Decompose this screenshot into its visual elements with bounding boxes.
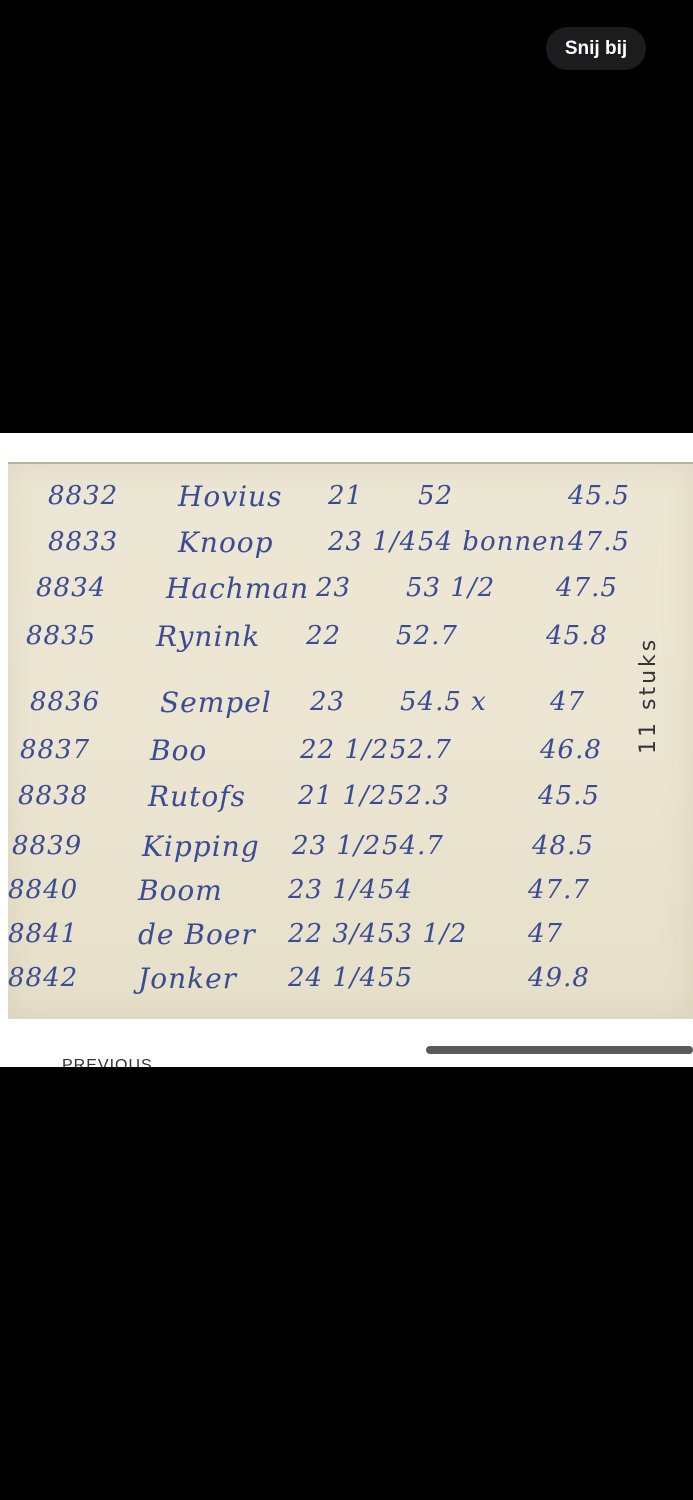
list-item: 8838 Rutofs 21 1/2 52.3 45.5	[18, 776, 658, 816]
list-item: 8840 Boom 23 1/4 54 47.7	[8, 870, 648, 910]
list-item: 8832 Hovius 21 52 45.5	[48, 476, 688, 516]
list-item: 8837 Boo 22 1/2 52.7 46.8	[20, 730, 660, 770]
horizontal-scrollbar[interactable]	[426, 1046, 693, 1054]
side-note: 11 stuks	[636, 637, 661, 754]
list-item: 8835 Rynink 22 52.7 45.8	[26, 616, 666, 656]
list-item: 8841 de Boer 22 3/4 53 1/2 47	[8, 914, 648, 954]
handwritten-card-image: 8832 Hovius 21 52 45.5 8833 Knoop 23 1/4…	[8, 462, 693, 1019]
crop-button[interactable]: Snij bij	[546, 27, 646, 70]
image-viewer: 8832 Hovius 21 52 45.5 8833 Knoop 23 1/4…	[0, 433, 693, 1067]
list-item: 8834 Hachman 23 53 1/2 47.5	[36, 568, 676, 608]
list-item: 8842 Jonker 24 1/4 55 49.8	[8, 958, 648, 998]
previous-link[interactable]: PREVIOUS	[62, 1057, 153, 1067]
list-item: 8839 Kipping 23 1/2 54.7 48.5	[12, 826, 652, 866]
list-item: 8833 Knoop 23 1/4 54 bonnen 47.5	[48, 522, 688, 562]
list-item: 8836 Sempel 23 54.5 x 47	[30, 682, 670, 722]
